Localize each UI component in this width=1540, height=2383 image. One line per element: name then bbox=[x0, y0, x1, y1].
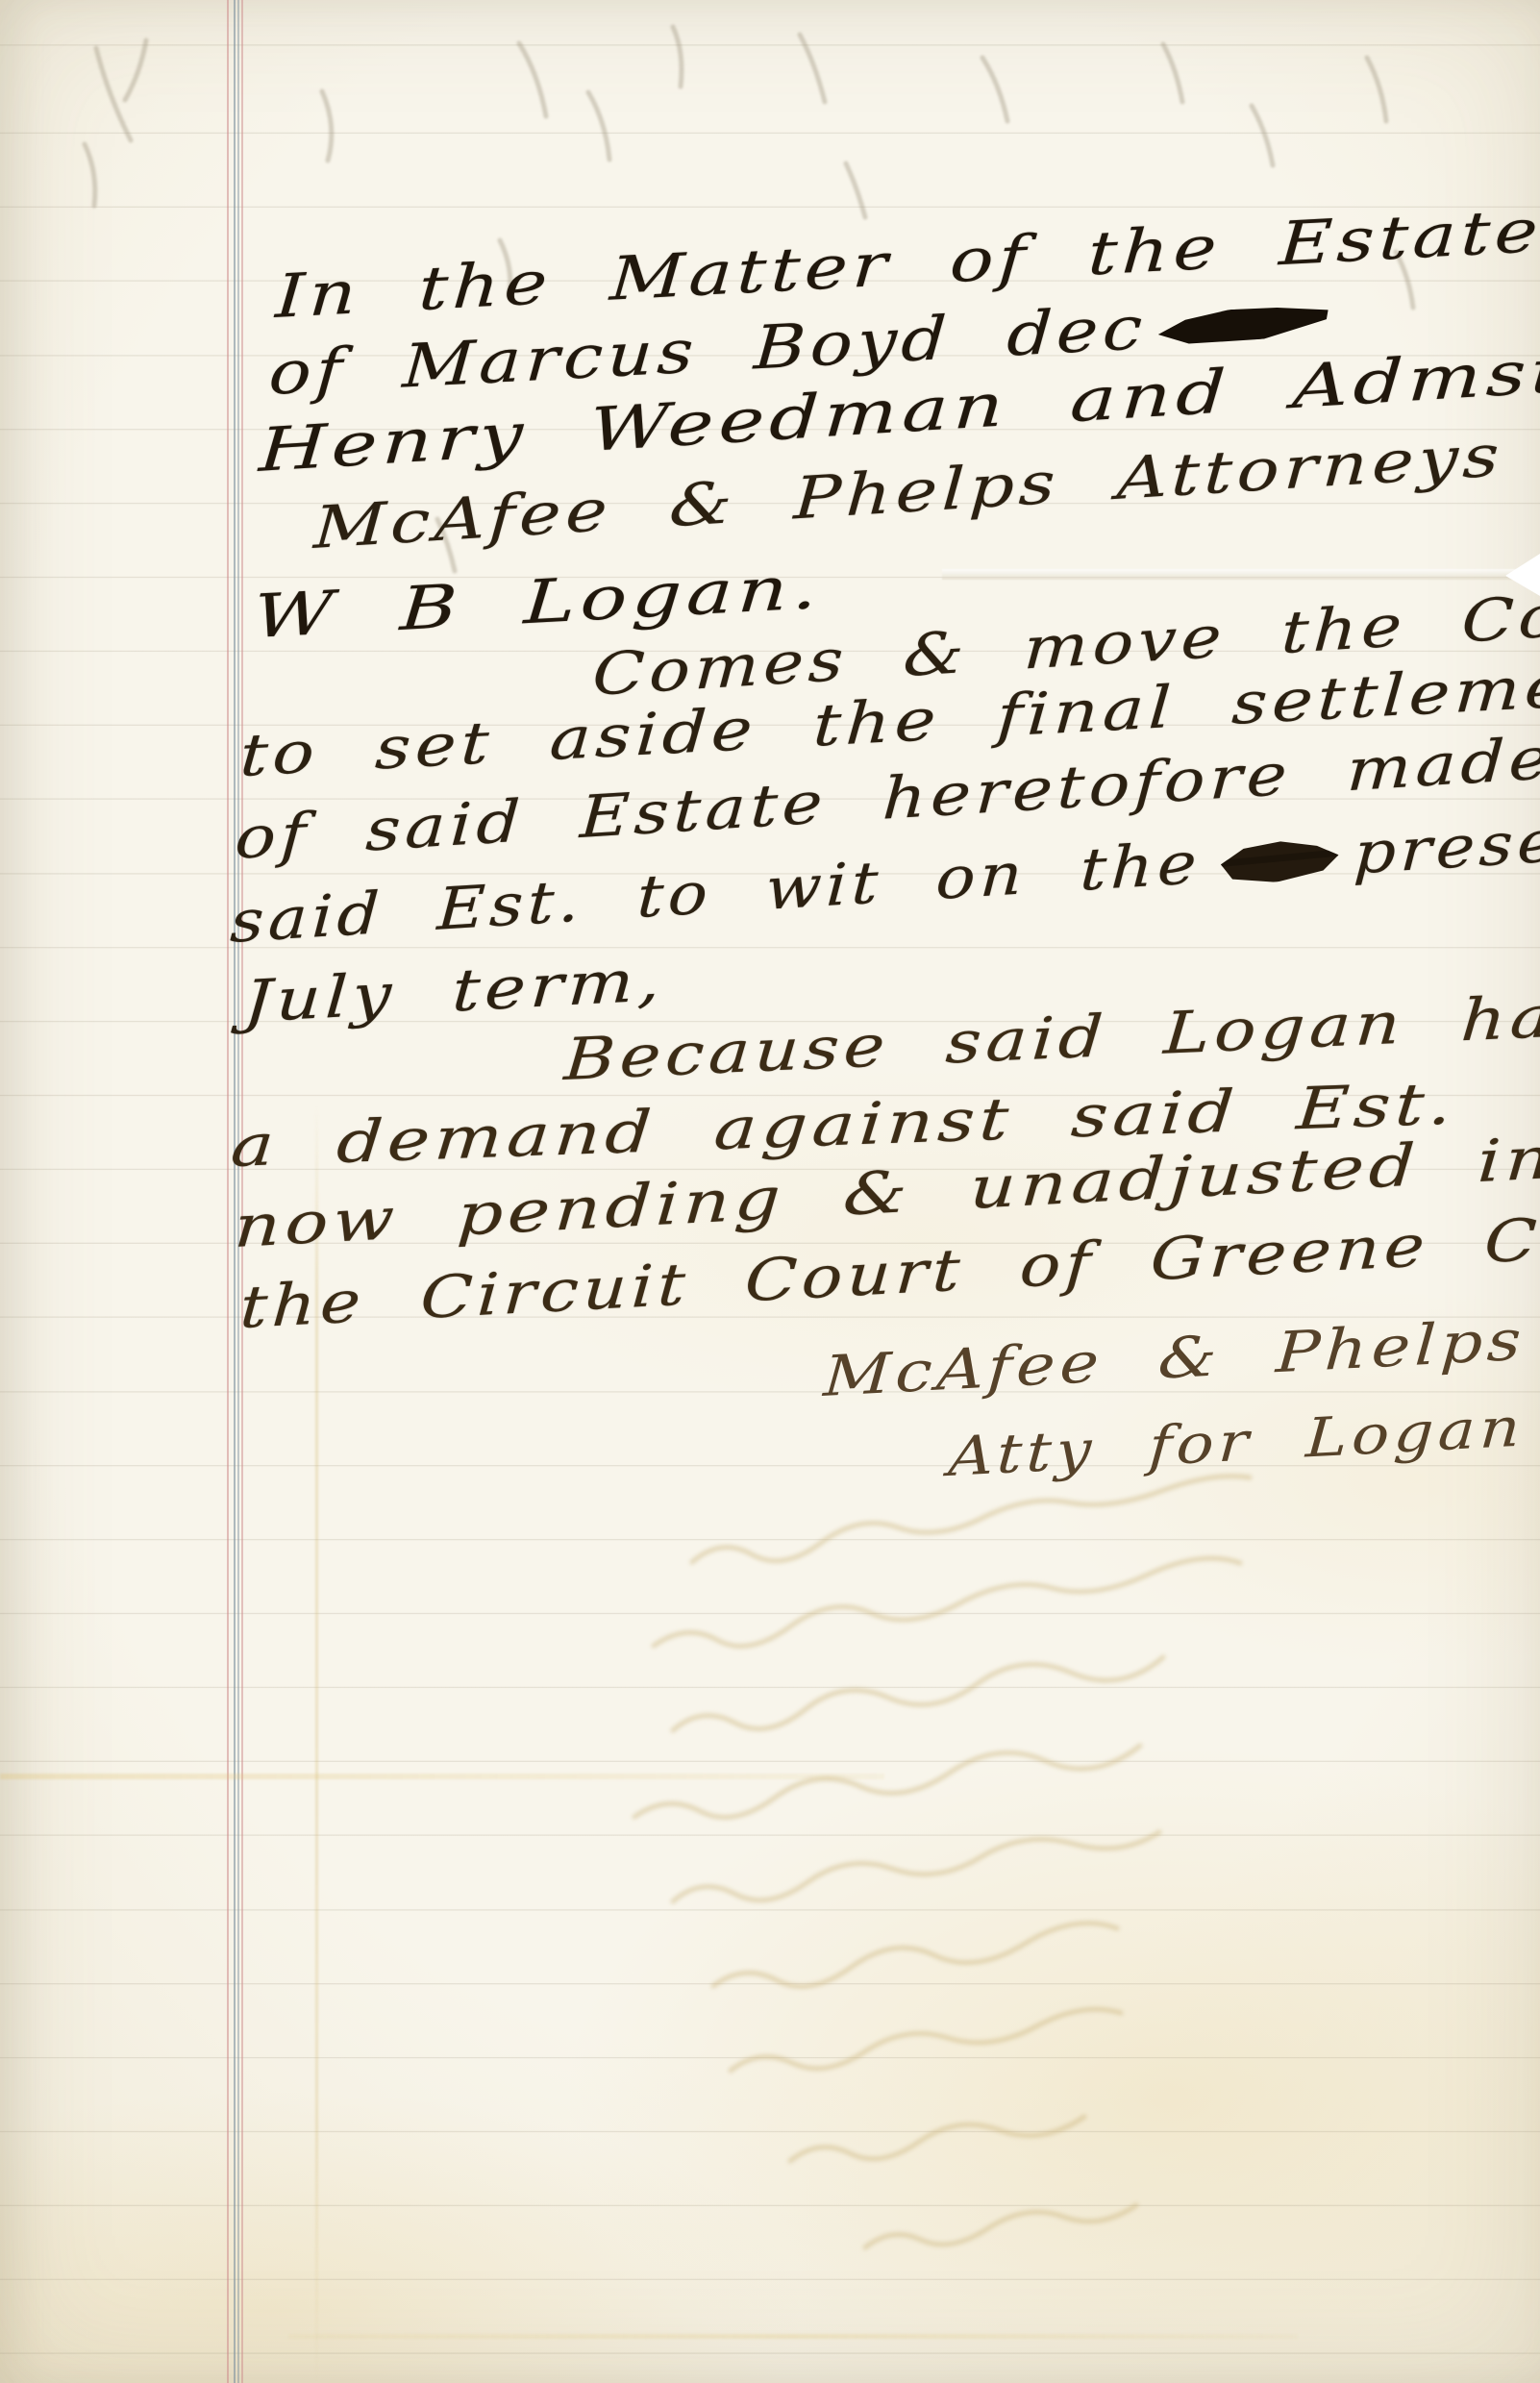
handwriting-line: of said Estate heretofore made of bbox=[234, 716, 1540, 873]
handwriting-line: the Circuit Court of Greene Co bbox=[238, 1204, 1540, 1342]
bleedthrough-ghost-writing bbox=[634, 1477, 1250, 2247]
stain-streak bbox=[0, 1774, 884, 1779]
handwriting-line: Comes & move the Court bbox=[591, 575, 1540, 709]
handwriting-line: said Est. to wit on thepresent bbox=[229, 803, 1540, 956]
handwriting-line: now pending & unadjusted in bbox=[233, 1125, 1540, 1261]
handwriting-line: McAfee & Phelps Attorneys for bbox=[312, 411, 1540, 562]
handwriting-line: a demand against said Est. bbox=[229, 1070, 1458, 1180]
margin-line bbox=[227, 0, 246, 2383]
stain-streak bbox=[288, 2334, 1298, 2339]
handwriting-line: W B Logan. bbox=[252, 552, 824, 652]
paper-texture-marks bbox=[0, 0, 1540, 2383]
struck-out-word bbox=[1215, 838, 1339, 886]
smudge-marks bbox=[85, 27, 1413, 571]
signature-line: McAfee & Phelps bbox=[822, 1306, 1528, 1409]
vertical-crease bbox=[315, 1105, 318, 2383]
ink-blot bbox=[1157, 300, 1328, 349]
handwriting-line: Henry Weedman and Admstr bbox=[258, 333, 1540, 485]
ruled-lines bbox=[0, 0, 1540, 2383]
handwriting-line: of Marcus Boyd dec bbox=[267, 283, 1329, 409]
signature-line: Atty for Logan bbox=[947, 1396, 1526, 1489]
document-page: { "page": { "kind": "scanned handwritten… bbox=[0, 0, 1540, 2383]
fold-crease bbox=[942, 569, 1540, 580]
handwriting-line: to set aside the final settlement bbox=[238, 649, 1540, 790]
handwriting-line: Because said Logan has bbox=[562, 981, 1540, 1094]
handwriting-line: In the Matter of the Estate bbox=[274, 195, 1540, 332]
tear-notch bbox=[1505, 554, 1540, 596]
handwriting-line: July term, bbox=[242, 947, 666, 1036]
